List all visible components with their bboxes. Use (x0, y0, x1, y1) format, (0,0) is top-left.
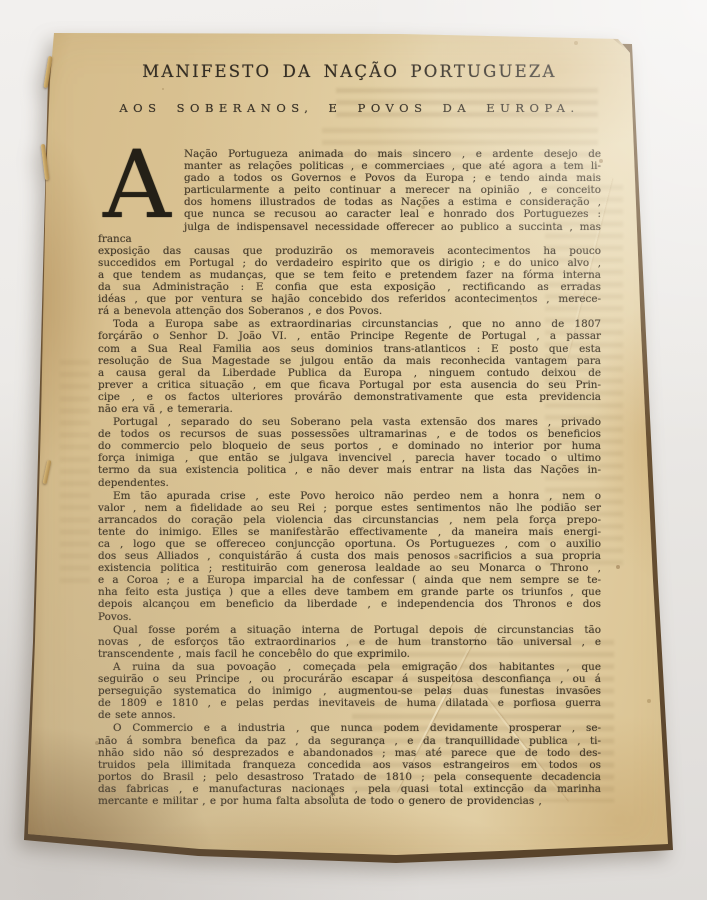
text-line: depois alcançou em beneficio da liberdad… (98, 598, 601, 610)
text-line: succedidos em Portugal ; do verdadeiro e… (98, 257, 601, 269)
text-line: Qual fosse porém a situação interna de P… (98, 624, 601, 636)
text-line: transcendente , mais facil he concebêlo … (98, 648, 601, 660)
text-line: exposição das causas que produzirão os m… (98, 245, 601, 257)
photo-background: MANIFESTO DA NAÇÃO PORTUGUEZA AOS SOBERA… (0, 0, 707, 900)
text-line: a causa geral da Liberdade Publica da Eu… (98, 367, 601, 379)
text-line: dependentes. (98, 477, 601, 489)
paragraph: Em tão apurada crise , este Povo heroico… (98, 490, 601, 623)
text-line: forçárão o Senhor D. João VI. , então Pr… (98, 330, 601, 342)
foxing-specks (0, 0, 2, 2)
text-line: julga de indispensavel necessidade offer… (98, 221, 601, 245)
text-line: força inimiga , que então se julgava inv… (98, 452, 601, 464)
text-line: A ruina da sua povoação , começada pela … (98, 661, 601, 673)
pamphlet: MANIFESTO DA NAÇÃO PORTUGUEZA AOS SOBERA… (0, 0, 707, 900)
text-line: tente do inimigo. Elles se manifestàrão … (98, 526, 601, 538)
text-line: mercante e militar , e por huma falta ab… (98, 795, 601, 807)
text-line: arrancados do coração pela violencia das… (98, 514, 601, 526)
text-line: termo da sua existencia politica , e não… (98, 464, 601, 476)
text-line: nha feito esta justiça ) que a elles dev… (98, 586, 601, 598)
text-line: não era vã , e temeraria. (98, 403, 601, 415)
text-line: truidos pela illimitada franqueza conced… (98, 759, 601, 771)
text-line: valor , nem a fidelidade ao seu Rei ; po… (98, 502, 601, 514)
text-line: Toda a Europa sabe as extraordinarias ci… (98, 318, 601, 330)
text-line: rá a benevola attenção dos Soberanos , e… (98, 305, 601, 317)
text-line: de todos os recursos de suas possessões … (98, 428, 601, 440)
text-line: perseguição systematica do inimigo , aug… (98, 685, 601, 697)
text-line: ca , logo que se offereceo conjuncção op… (98, 538, 601, 550)
text-line: e a Coroa ; e a Europa imparcial ha de c… (98, 574, 601, 586)
drop-cap: A (100, 150, 174, 223)
page-subtitle: AOS SOBERANOS, E POVOS DA EUROPA. (98, 101, 601, 115)
paragraphs: ANação Portugueza animada do mais sincer… (98, 148, 601, 808)
text-line: com a Sua Real Familia aos seus dominios… (98, 343, 601, 355)
text-line: não á sombra benefica da paz , da segura… (98, 735, 601, 747)
text-line: O Commercio e a industria , que nunca po… (98, 722, 601, 734)
pamphlet-front-page: MANIFESTO DA NAÇÃO PORTUGUEZA AOS SOBERA… (0, 0, 707, 900)
paragraph: Portugal , separado do seu Soberano pela… (98, 416, 601, 489)
text-line: dos seus Alliados , conquistárão á custa… (98, 550, 601, 562)
text-line: nhão sido não só desprezados e abandonad… (98, 747, 601, 759)
paragraph: ANação Portugueza animada do mais sincer… (98, 148, 601, 317)
page-content: MANIFESTO DA NAÇÃO PORTUGUEZA AOS SOBERA… (0, 0, 707, 900)
paragraph: Qual fosse porém a situação interna de P… (98, 624, 601, 660)
paragraph: Toda a Europa sabe as extraordinarias ci… (98, 318, 601, 415)
text-line: prever a critica situação , em que ficav… (98, 379, 601, 391)
text-line: cipe , e os factos ulteriores provárão d… (98, 391, 601, 403)
text-line: de 1809 e 1810 , e pelas perdas inevitav… (98, 697, 601, 709)
text-line: das fabricas , e manufacturas nacionaes … (98, 783, 601, 795)
page-title: MANIFESTO DA NAÇÃO PORTUGUEZA (98, 62, 601, 81)
text-line: existencia politica ; restituirão com ge… (98, 562, 601, 574)
text-line: a que tendem as mudanças, que se tem fei… (98, 269, 601, 281)
text-line: seguirão o seu Principe , ou procurárão … (98, 673, 601, 685)
text-line: de sete annos. (98, 709, 601, 721)
text-line: Portugal , separado do seu Soberano pela… (98, 416, 601, 428)
text-line: portos do Brasil ; pelo desastroso Trata… (98, 771, 601, 783)
text-line: Em tão apurada crise , este Povo heroico… (98, 490, 601, 502)
paragraph: A ruina da sua povoação , começada pela … (98, 661, 601, 721)
paragraph: O Commercio e a industria , que nunca po… (98, 722, 601, 807)
signature-mark: * (330, 790, 336, 803)
text-line: resolução de Sua Magestade se julgou ent… (98, 355, 601, 367)
text-line: do commercio pelo bloqueio de seus porto… (98, 440, 601, 452)
text-line: da sua Administração : E confia que esta… (98, 281, 601, 293)
text-line: Povos. (98, 611, 601, 623)
text-line: idéas , que por ventura se hajão concebi… (98, 293, 601, 305)
text-line: novas , de esforços tão extraordinarios … (98, 636, 601, 648)
